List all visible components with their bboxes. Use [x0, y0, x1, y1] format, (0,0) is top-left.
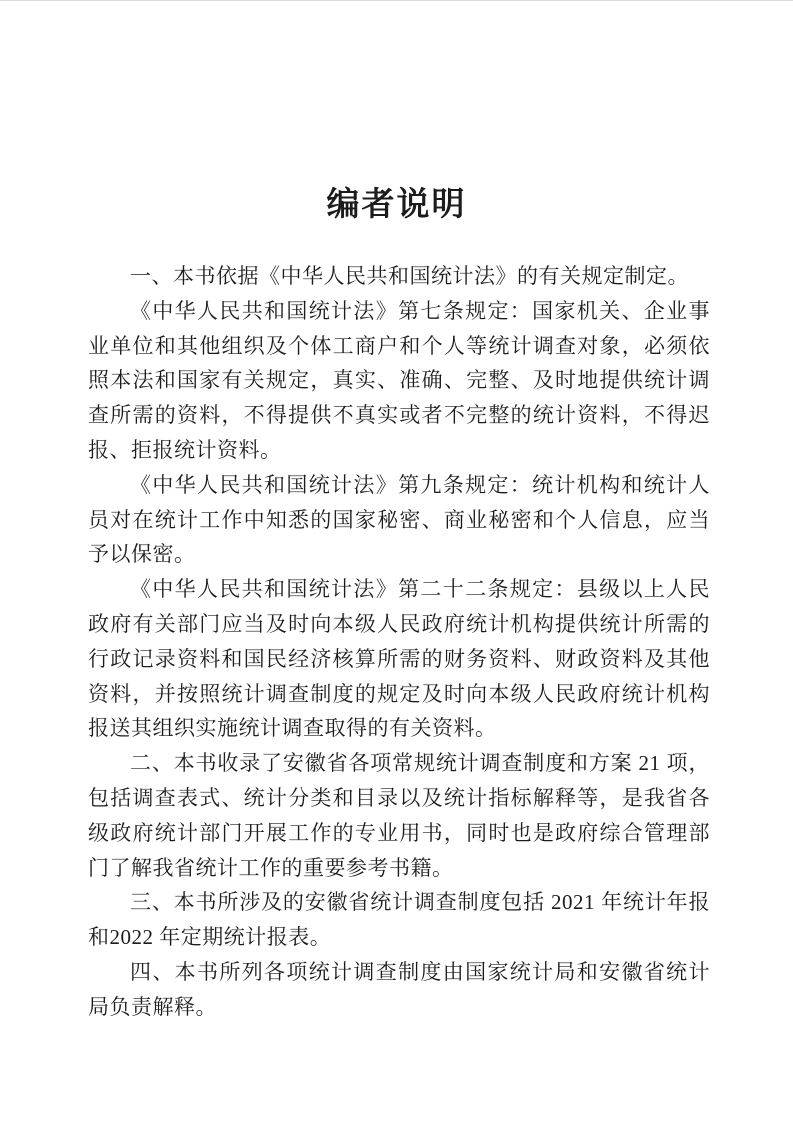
paragraph-4: 《中华人民共和国统计法》第二十二条规定：县级以上人民政府有关部门应当及时向本级人…: [88, 572, 710, 746]
document-body: 一、本书依据《中华人民共和国统计法》的有关规定制定。 《中华人民共和国统计法》第…: [0, 259, 793, 1025]
paragraph-5: 二、本书收录了安徽省各项常规统计调查制度和方案 21 项，包括调查表式、统计分类…: [88, 746, 710, 885]
paragraph-1: 一、本书依据《中华人民共和国统计法》的有关规定制定。: [88, 259, 710, 294]
page-title: 编者说明: [0, 1, 793, 225]
paragraph-6: 三、本书所涉及的安徽省统计调查制度包括 2021 年统计年报和2022 年定期统…: [88, 885, 710, 955]
document-page: 编者说明 一、本书依据《中华人民共和国统计法》的有关规定制定。 《中华人民共和国…: [0, 0, 793, 1122]
paragraph-7: 四、本书所列各项统计调查制度由国家统计局和安徽省统计局负责解释。: [88, 955, 710, 1025]
paragraph-3: 《中华人民共和国统计法》第九条规定：统计机构和统计人员对在统计工作中知悉的国家秘…: [88, 468, 710, 572]
paragraph-2: 《中华人民共和国统计法》第七条规定：国家机关、企业事业单位和其他组织及个体工商户…: [88, 294, 710, 468]
